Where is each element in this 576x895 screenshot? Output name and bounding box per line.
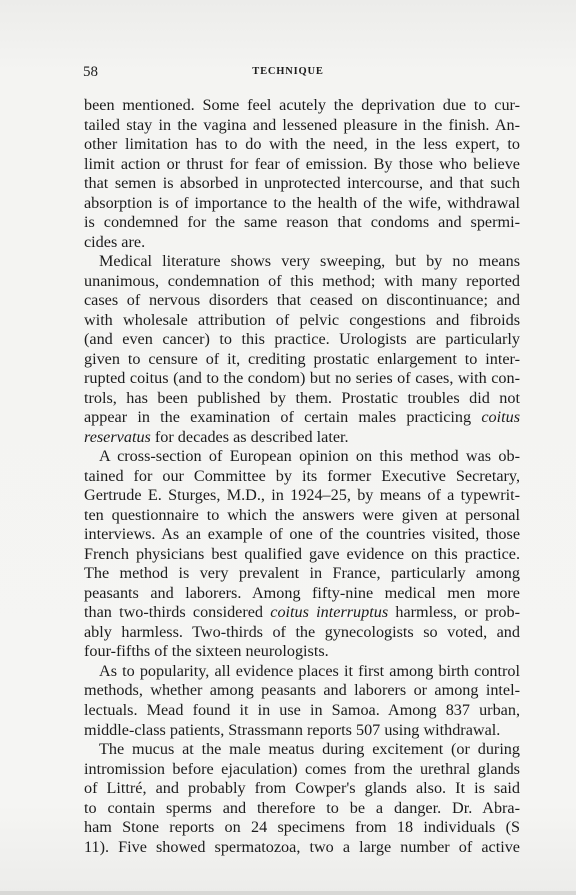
text-line: of Littré, and probably from Cowper's gl…	[84, 779, 520, 799]
text-line: tained for our Committee by its former E…	[84, 467, 520, 487]
paragraph: As to popularity, all evidence places it…	[84, 662, 520, 740]
text-line: with wholesale attribution of pelvic con…	[84, 311, 520, 331]
text-line: cides are.	[84, 233, 520, 253]
text-line: cases of nervous disorders that ceased o…	[84, 291, 520, 311]
paragraph: been mentioned. Some feel acutely the de…	[84, 96, 520, 252]
text-line: than two-thirds considered coitus interr…	[84, 603, 520, 623]
text-line: other limitation has to do with the need…	[84, 135, 520, 155]
text-line: absorption is of importance to the healt…	[84, 194, 520, 214]
text-line: Medical literature shows very sweeping, …	[84, 252, 520, 272]
text-line: tailed stay in the vagina and lessened p…	[84, 116, 520, 136]
italic-term: reservatus	[84, 428, 151, 446]
text-line: A cross-section of European opinion on t…	[84, 447, 520, 467]
paragraph: A cross-section of European opinion on t…	[84, 447, 520, 662]
text-line: four-fifths of the sixteen neurologists.	[84, 642, 520, 662]
text-line: Gertrude E. Sturges, M.D., in 1924–25, b…	[84, 486, 520, 506]
text-line: given to censure of it, crediting prosta…	[84, 350, 520, 370]
text-line: The mucus at the male meatus during exci…	[84, 740, 520, 760]
italic-term: coitus	[481, 408, 520, 426]
text-line: peasants and laborers. Among fifty-nine …	[84, 584, 520, 604]
body-text: been mentioned. Some feel acutely the de…	[84, 96, 520, 857]
text-line: appear in the examination of certain mal…	[84, 408, 520, 428]
page-edge	[0, 891, 576, 895]
text-line: As to popularity, all evidence places it…	[84, 662, 520, 682]
text-line: ham Stone reports on 24 specimens from 1…	[84, 818, 520, 838]
paragraph: The mucus at the male meatus during exci…	[84, 740, 520, 857]
paragraph: Medical literature shows very sweeping, …	[84, 252, 520, 447]
italic-term: coitus interruptus	[270, 603, 388, 621]
text-line: intromission before ejaculation) comes f…	[84, 760, 520, 780]
text-line: unanimous, condemnation of this method; …	[84, 272, 520, 292]
text-line: reservatus for decades as described late…	[84, 428, 520, 448]
text-line: to contain sperms and therefore to be a …	[84, 799, 520, 819]
text-line: interviews. As an example of one of the …	[84, 525, 520, 545]
text-line: rupted coitus (and to the condom) but no…	[84, 369, 520, 389]
text-line: methods, whether among peasants and labo…	[84, 681, 520, 701]
book-page: 58 TECHNIQUE been mentioned. Some feel a…	[0, 0, 576, 895]
text-line: is condemned for the same reason that co…	[84, 213, 520, 233]
text-line: been mentioned. Some feel acutely the de…	[84, 96, 520, 116]
text-line: French physicians best qualified gave ev…	[84, 545, 520, 565]
text-line: middle-class patients, Strassmann report…	[84, 721, 520, 741]
text-line: lectuals. Mead found it in use in Samoa.…	[84, 701, 520, 721]
text-line: ten questionnaire to which the answers w…	[84, 506, 520, 526]
text-line: that semen is absorbed in unprotected in…	[84, 174, 520, 194]
text-line: (and even cancer) to this practice. Urol…	[84, 330, 520, 350]
text-line: limit action or thrust for fear of emiss…	[84, 155, 520, 175]
running-head: TECHNIQUE	[0, 66, 576, 77]
text-line: trols, has been published by them. Prost…	[84, 389, 520, 409]
text-line: The method is very prevalent in France, …	[84, 564, 520, 584]
text-line: ably harmless. Two-thirds of the gynecol…	[84, 623, 520, 643]
text-line: 11). Five showed spermatozoa, two a larg…	[84, 838, 520, 858]
